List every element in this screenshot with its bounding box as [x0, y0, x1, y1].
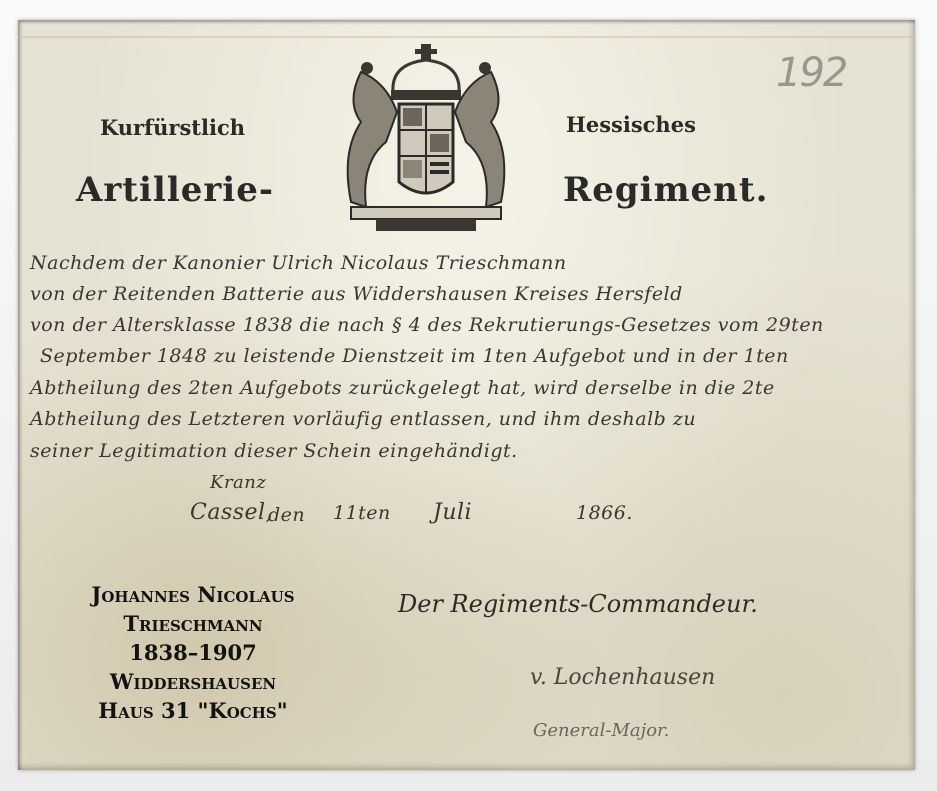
date-month: Juli — [433, 500, 472, 525]
body-line-7: seiner Legitimation dieser Schein eingeh… — [30, 440, 518, 462]
caption-block: Johannes Nicolaus Trieschmann 1838–1907 … — [48, 580, 338, 725]
letterhead-left-bottom: Artillerie- — [76, 170, 274, 210]
body-line-4: September 1848 zu leistende Dienstzeit i… — [40, 345, 789, 367]
date-day: 11ten — [333, 502, 391, 524]
body-line-5: Abtheilung des 2ten Aufgebots zurückgele… — [30, 377, 775, 399]
caption-line-surname: Trieschmann — [48, 609, 338, 638]
paper-fold-line — [18, 36, 915, 38]
letterhead-right-bottom: Regiment. — [563, 170, 768, 210]
signature-title: Der Regiments-Commandeur. — [398, 590, 758, 618]
body-line-6: Abtheilung des Letzteren vorläufig entla… — [30, 408, 696, 430]
date-den: den — [268, 504, 305, 526]
signature-name: v. Lochenhausen — [530, 665, 715, 690]
place: Cassel, — [190, 500, 273, 525]
page-number: 192 — [776, 50, 846, 96]
place-correction: Kranz — [210, 472, 266, 493]
photo-frame: 192 Kurfürstlich Hessisches Artillerie- … — [0, 0, 937, 791]
letterhead-right-top: Hessisches — [566, 112, 696, 137]
letterhead-left-top: Kurfürstlich — [100, 115, 245, 140]
body-line-3: von der Altersklasse 1838 die nach § 4 d… — [30, 314, 824, 336]
signature-rank: General-Major. — [533, 720, 669, 741]
caption-line-village: Widdershausen — [48, 667, 338, 696]
date-year: 1866. — [576, 502, 633, 524]
body-line-2: von der Reitenden Batterie aus Widdersha… — [30, 283, 683, 305]
caption-line-house: Haus 31 "Kochs" — [48, 696, 338, 725]
body-line-1: Nachdem der Kanonier Ulrich Nicolaus Tri… — [30, 252, 567, 274]
document-paper: 192 Kurfürstlich Hessisches Artillerie- … — [18, 20, 915, 770]
caption-line-years: 1838–1907 — [48, 638, 338, 667]
coat-of-arms-icon — [331, 42, 521, 242]
caption-line-name: Johannes Nicolaus — [48, 580, 338, 609]
